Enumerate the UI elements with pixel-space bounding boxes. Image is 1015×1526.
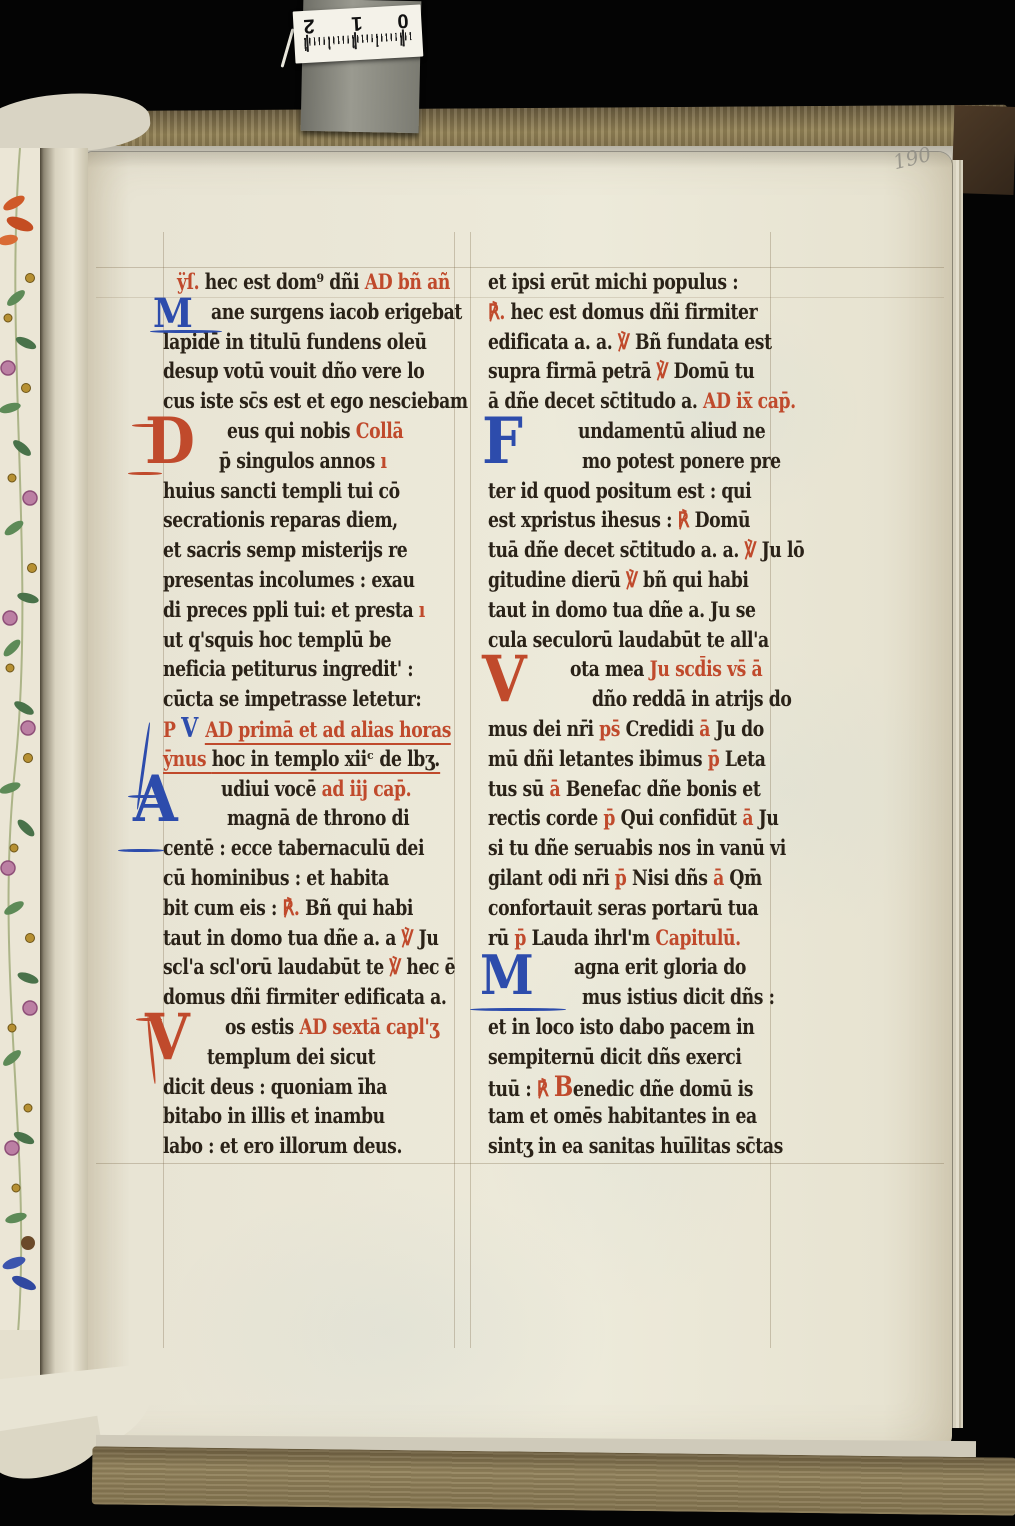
text-segment: ℣ [618, 329, 629, 354]
manuscript-text-line: tuū : ℟ Benedic dñe domū is [488, 1073, 753, 1103]
manuscript-text-line: ane surgens iacob erigebat [211, 298, 462, 328]
manuscript-text-line: mus istius dicit dñs : [582, 983, 775, 1013]
text-segment: Lauda ihrl'm [526, 925, 655, 950]
ruler-label-1: 1 [351, 11, 363, 35]
book-bottom-edge [92, 1446, 1015, 1515]
text-segment: gilant odi nr̄i [488, 865, 615, 890]
text-segment: scl'a scl'orū laudabūt te [163, 954, 389, 979]
ruler-label-2: 2 [303, 13, 315, 37]
manuscript-text-line: mo potest ponere pre [582, 447, 781, 477]
text-segment: hec ē [401, 954, 455, 979]
manuscript-text-line: taut in domo tua dñe a. Ju se [488, 596, 756, 626]
manuscript-text-line: si tu dñe seruabis nos in vanū vi [488, 834, 786, 864]
text-segment: Domū tu [668, 358, 754, 383]
text-segment: sempiternū dicit dñs exerci [488, 1044, 741, 1069]
manuscript-text-line: sempiternū dicit dñs exerci [488, 1043, 741, 1073]
manuscript-text-line: taut in domo tua dñe a. a ℣ Ju [163, 924, 438, 954]
text-segment: hec est domus dñi firmiter [505, 299, 757, 324]
text-segment: ā [713, 865, 724, 890]
manuscript-text-line: tus sū ā Benefac dñe bonis et [488, 775, 760, 805]
text-segment: mū dñi letantes ibimus [488, 746, 708, 771]
text-segment: Collā [356, 418, 403, 443]
manuscript-text-line: et in loco isto dabo pacem in [488, 1013, 754, 1043]
text-segment: supra firmā petrā [488, 358, 657, 383]
text-segment: confortauit seras portarū tua [488, 895, 758, 920]
illuminated-initial: D [145, 413, 195, 472]
text-segment: AD primā et ad alias horas [205, 717, 451, 745]
text-segment: AD ix̄ cap̄. [703, 388, 796, 413]
text-segment: edificata a. a. [488, 329, 618, 354]
text-segment: labo : et ero illorum deus. [163, 1133, 402, 1158]
floral-border [0, 148, 40, 1333]
text-segment: dicit deus : quoniam īha [163, 1074, 387, 1099]
text-segment: ℟ [678, 507, 689, 532]
manuscript-text-line: sintʒ in ea sanitas huīlitas sc̄tas [488, 1132, 783, 1162]
text-segment: et in loco isto dabo pacem in [488, 1014, 754, 1039]
manuscript-text-line: neficia petiturus ingredit' : [163, 655, 413, 685]
text-segment: ā [742, 805, 753, 830]
manuscript-text-line: presentas incolumes : exau [163, 566, 415, 596]
text-segment: cus iste sc̄s est et ego nesciebam [163, 388, 468, 413]
text-segment: Leta [719, 746, 765, 771]
text-segment: Ju [753, 805, 778, 830]
text-segment: tus sū [488, 776, 550, 801]
text-segment: tam et omēs habitantes in ea [488, 1103, 757, 1128]
manuscript-text-line: edificata a. a. ℣ Bñ fundata est [488, 328, 772, 358]
text-column-right: et ipsi erūt michi populus :℟. hec est d… [488, 268, 798, 1168]
text-segment: ane surgens iacob erigebat [211, 299, 462, 324]
text-segment: ℣ [626, 567, 637, 592]
initial-flourish [128, 472, 162, 475]
initial-flourish [150, 330, 222, 333]
text-segment: Qm̄ [724, 865, 762, 890]
initial-flourish [118, 849, 164, 852]
text-segment: Qui confidūt [615, 805, 742, 830]
manuscript-text-line: bit cum eis : ℟. Bñ qui habi [163, 894, 413, 924]
initial-flourish [128, 795, 164, 798]
manuscript-text-line: ÿſ. hec est dom⁹ dñi AD bñ añ [177, 268, 450, 298]
measuring-ruler: 2 1 0 [293, 4, 424, 63]
text-segment: desup votū vouit dño vere lo [163, 358, 424, 383]
text-segment: sintʒ in ea sanitas huīlitas sc̄tas [488, 1133, 783, 1158]
text-segment: secrationis reparas diem, [163, 507, 398, 532]
manuscript-text-line: huius sancti templi tui cō [163, 477, 400, 507]
manuscript-text-line: p̄ singulos annos ı [219, 447, 387, 477]
illuminated-initial: F [482, 413, 523, 472]
manuscript-text-line: os estis AD sextā capl'ʒ [225, 1013, 439, 1043]
text-segment: Bñ qui habi [300, 895, 414, 920]
manuscript-text-line: ȳnus hoc in templo xiiᶜ de lbʒ. [163, 745, 440, 775]
manuscript-text-line: gitudine dierū ℣ bñ qui habi [488, 566, 748, 596]
manuscript-text-line: scl'a scl'orū laudabūt te ℣ hec ē [163, 953, 455, 983]
text-segment: bñ qui habi [637, 567, 748, 592]
text-segment: ut q'squis hoc templū be [163, 627, 391, 652]
text-segment: ℟. [488, 299, 505, 324]
text-segment: huius sancti templi tui cō [163, 478, 400, 503]
text-column-left: ÿſ. hec est dom⁹ dñi AD bñ añane surgens… [163, 268, 473, 1168]
text-segment: est xpristus ihesus : [488, 507, 678, 532]
text-segment: udiui vocē [221, 776, 322, 801]
initial-flourish [470, 1008, 566, 1011]
text-segment: taut in domo tua dñe a. Ju se [488, 597, 756, 622]
manuscript-text-line: gilant odi nr̄i p̄ Nisi dñs ā Qm̄ [488, 864, 762, 894]
text-segment: Benefac dñe bonis et [560, 776, 760, 801]
text-segment: di preces ppli tui: et presta [163, 597, 413, 622]
manuscript-text-line: templum dei sicut [207, 1043, 375, 1073]
manuscript-text-line: secrationis reparas diem, [163, 506, 398, 536]
text-segment: Credidi [620, 716, 699, 741]
manuscript-text-line: agna erit gloria do [574, 953, 746, 983]
ruler-label-0: 0 [397, 8, 409, 32]
text-segment: gitudine dierū [488, 567, 626, 592]
manuscript-text-line: undamentū aliud ne [578, 417, 765, 447]
text-segment: Ju [413, 925, 438, 950]
manuscript-text-line: et ipsi erūt michi populus : [488, 268, 738, 298]
text-segment: ℟ [537, 1076, 554, 1101]
text-segment: P [163, 717, 181, 742]
text-segment: p̄ [603, 805, 615, 830]
manuscript-text-line: cus iste sc̄s est et ego nesciebam [163, 387, 468, 417]
ruler-ticks [304, 32, 413, 51]
text-segment: mus istius dicit dñs : [582, 984, 775, 1009]
text-segment: centē : ecce tabernaculū dei [163, 835, 424, 860]
manuscript-text-line: di preces ppli tui: et presta ı [163, 596, 425, 626]
text-segment: p̄ [615, 865, 627, 890]
manuscript-text-line: tuā dñe decet sc̄titudo a. a. ℣ Ju lō [488, 536, 804, 566]
text-segment: mo potest ponere pre [582, 448, 781, 473]
text-segment: Bñ fundata est [629, 329, 771, 354]
text-segment: rectis corde [488, 805, 603, 830]
initial-flourish [132, 424, 162, 427]
text-segment: Domū [689, 507, 750, 532]
manuscript-text-line: centē : ecce tabernaculū dei [163, 834, 424, 864]
manuscript-text-line: bitabo in illis et inambu [163, 1102, 385, 1132]
manuscript-text-line: domus dñi firmiter edificata a. [163, 983, 447, 1013]
thread [281, 28, 295, 67]
text-segment: Ju lō [756, 537, 804, 562]
text-segment: ℣ [402, 925, 413, 950]
text-segment: Ju scd̄is vs̄ ā [650, 656, 763, 681]
text-segment: p̄ singulos annos [219, 448, 375, 473]
text-segment: dño reddā in atrijs do [592, 686, 792, 711]
text-segment: AD sextā capl'ʒ [299, 1014, 438, 1039]
manuscript-text-line: magnā de throno di [227, 804, 409, 834]
text-segment: Ju do [710, 716, 764, 741]
text-segment: undamentū aliud ne [578, 418, 765, 443]
manuscript-text-line: P V AD primā et ad alias horas [163, 715, 451, 745]
text-segment: templum dei sicut [207, 1044, 375, 1069]
text-segment: tuū : [488, 1076, 537, 1101]
illuminated-initial: M [480, 951, 534, 1001]
manuscript-text-line: dño reddā in atrijs do [592, 685, 792, 715]
manuscript-text-line: labo : et ero illorum deus. [163, 1132, 402, 1162]
text-segment: ℣ [657, 358, 668, 383]
manuscript-photograph: 2 1 0 190 ÿſ. hec est dom⁹ dñi AD bñ aña… [0, 0, 1015, 1526]
text-segment: ā [550, 776, 561, 801]
text-segment: si tu dñe seruabis nos in vanū vi [488, 835, 786, 860]
manuscript-text-line: udiui vocē ad iij cap̄. [221, 775, 411, 805]
text-segment: ter id quod positum est : qui [488, 478, 751, 503]
manuscript-text-line: mū dñi letantes ibimus p̄ Leta [488, 745, 765, 775]
text-segment: enedic dñe domū is [573, 1076, 753, 1101]
text-segment: ℟. [283, 895, 300, 920]
manuscript-text-line: desup votū vouit dño vere lo [163, 357, 424, 387]
manuscript-text-line: rectis corde p̄ Qui confidūt ā Ju [488, 804, 778, 834]
illuminated-initial: M [153, 296, 193, 333]
manuscript-text-line: dicit deus : quoniam īha [163, 1073, 387, 1103]
text-segment: bit cum eis : [163, 895, 283, 920]
illuminated-initial: V [482, 651, 527, 710]
manuscript-text-line: cū hominibus : et habita [163, 864, 389, 894]
text-segment: neficia petiturus ingredit' : [163, 656, 413, 681]
manuscript-text-line: ut q'squis hoc templū be [163, 626, 391, 656]
text-segment: ı [375, 448, 387, 473]
text-segment: os estis [225, 1014, 299, 1039]
manuscript-text-line: ā dñe decet sc̄titudo a. AD ix̄ cap̄. [488, 387, 796, 417]
text-segment: cūcta se impetrasse letetur: [163, 686, 421, 711]
text-segment: et ipsi erūt michi populus : [488, 269, 738, 294]
text-segment: hec est dom⁹ dñi [205, 269, 365, 294]
book-gutter [40, 148, 88, 1448]
manuscript-text-line: eus qui nobis Collā [227, 417, 403, 447]
manuscript-text-line: cula seculorū laudabūt te all'a [488, 626, 769, 656]
text-segment: domus dñi firmiter edificata a. [163, 984, 447, 1009]
manuscript-text-line: ℟. hec est domus dñi firmiter [488, 298, 757, 328]
manuscript-text-line: est xpristus ihesus : ℟ Domū [488, 506, 750, 536]
manuscript-text-line: et sacris semp misterijs re [163, 536, 407, 566]
manuscript-text-line: ota mea Ju scd̄is vs̄ ā [570, 655, 762, 685]
text-segment: hoc in templo xiiᶜ de lbʒ. [212, 746, 440, 774]
text-segment: AD bñ añ [365, 269, 450, 294]
text-segment: ℣ [745, 537, 756, 562]
text-segment: Capitulū. [655, 925, 740, 950]
text-segment: magnā de throno di [227, 805, 409, 830]
text-segment: eus qui nobis [227, 418, 356, 443]
manuscript-text-line: ter id quod positum est : qui [488, 477, 751, 507]
text-segment: bitabo in illis et inambu [163, 1103, 385, 1128]
text-segment: tuā dñe decet sc̄titudo a. a. [488, 537, 745, 562]
text-segment: ota mea [570, 656, 650, 681]
manuscript-text-line: tam et omēs habitantes in ea [488, 1102, 757, 1132]
manuscript-text-line: mus dei nr̄i ps̄ Credidi ā Ju do [488, 715, 764, 745]
manuscript-text-line: confortauit seras portarū tua [488, 894, 758, 924]
text-segment: et sacris semp misterijs re [163, 537, 407, 562]
manuscript-text-line: supra firmā petrā ℣ Domū tu [488, 357, 754, 387]
text-segment: ı [413, 597, 425, 622]
text-segment: taut in domo tua dñe a. a [163, 925, 402, 950]
text-segment: p̄ [708, 746, 720, 771]
text-segment: mus dei nr̄i [488, 716, 599, 741]
text-segment: Nisi dñs [626, 865, 713, 890]
text-segment: ad iij cap̄. [322, 776, 412, 801]
text-segment: cū hominibus : et habita [163, 865, 389, 890]
text-segment: ℣ [389, 954, 400, 979]
text-segment: ps̄ [599, 716, 620, 741]
text-segment: B [554, 1070, 573, 1103]
text-segment: cula seculorū laudabūt te all'a [488, 627, 769, 652]
text-segment: V [181, 713, 205, 744]
text-segment: presentas incolumes : exau [163, 567, 415, 592]
text-segment: agna erit gloria do [574, 954, 746, 979]
text-segment: ā [699, 716, 710, 741]
manuscript-text-line: cūcta se impetrasse letetur: [163, 685, 421, 715]
